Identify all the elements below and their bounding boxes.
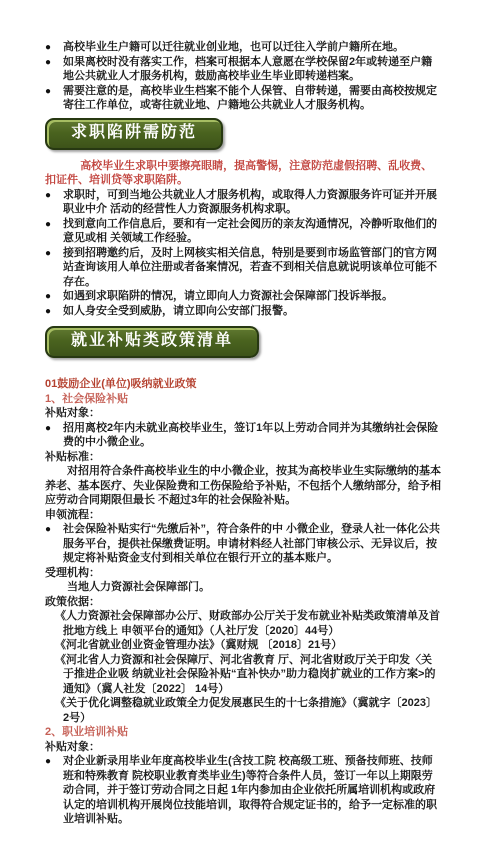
intro-bullet-list: 高校毕业生户籍可以迁往就业创业地，也可以迁往入学前户籍所在地。 如果离校时没有落… bbox=[45, 40, 441, 113]
bullet-icon bbox=[45, 421, 57, 437]
policy1-agency-text: 当地人力资源社会保障部门。 bbox=[45, 580, 441, 595]
policy1-target-list: 招用离校2年内未就业高校毕业生，签订1年以上劳动合同并为其缴纳社会保险费的中小微… bbox=[45, 421, 441, 450]
bullet-text: 招用离校2年内未就业高校毕业生，签订1年以上劳动合同并为其缴纳社会保险费的中小微… bbox=[63, 422, 438, 449]
list-item: 接到招聘邀约后，及时上网核实相关信息，特别是要到市场监管部门的官方网站查询该用人… bbox=[45, 246, 441, 290]
bullet-icon bbox=[45, 55, 57, 71]
policy1-agency-label: 受理机构： bbox=[45, 566, 441, 581]
basis-item: 《河北省人力资源和社会保障厅、河北省教育 厅、河北省财政厅关于印发〈关于推进企业… bbox=[45, 653, 441, 697]
basis-item: 《关于优化调整稳就业政策全力促发展惠民生的十七条措施》（冀就字〔2023〕2号） bbox=[45, 696, 441, 725]
bullet-text: 如遇到求职陷阱的情况，请立即向人力资源社会保障部门投诉举报。 bbox=[63, 290, 393, 302]
list-item: 需要注意的是，高校毕业生档案不能个人保管、自带转递，需要由高校按规定寄往工作单位… bbox=[45, 84, 441, 113]
section-header-job-traps: 求职陷阱需防范 bbox=[45, 118, 223, 150]
basis-item: 《人力资源社会保障部办公厅、财政部办公厅关于发布就业补贴类政策清单及首批地方线上… bbox=[45, 609, 441, 638]
list-item: 求职时，可到当地公共就业人才服务机构，或取得人力资源服务许可证并开展职业中介 活… bbox=[45, 188, 441, 217]
section-header-subsidy-list: 就业补贴类政策清单 bbox=[45, 326, 259, 358]
policy2-target-label: 补贴对象： bbox=[45, 740, 441, 755]
policy2-title: 2、职业培训补贴 bbox=[45, 725, 441, 740]
bullet-text: 接到招聘邀约后，及时上网核实相关信息，特别是要到市场监管部门的官方网站查询该用人… bbox=[63, 247, 437, 288]
bullet-icon bbox=[45, 40, 57, 56]
bullet-text: 求职时，可到当地公共就业人才服务机构，或取得人力资源服务许可证并开展职业中介 活… bbox=[63, 189, 437, 216]
policy1-standard-text: 对招用符合条件高校毕业生的中小微企业，按其为高校毕业生实际缴纳的基本养老、基本医… bbox=[45, 464, 441, 508]
bullet-text: 如人身安全受到威胁，请立即向公安部门报警。 bbox=[63, 305, 294, 317]
bullet-icon bbox=[45, 84, 57, 100]
list-item: 对企业新录用毕业年度高校毕业生(含技工院 校高级工班、预备技师班、技师班和特殊教… bbox=[45, 754, 441, 827]
bullet-icon bbox=[45, 304, 57, 320]
section-header-label: 求职陷阱需防范 bbox=[71, 124, 197, 141]
document-page: 高校毕业生户籍可以迁往就业创业地，也可以迁往入学前户籍所在地。 如果离校时没有落… bbox=[0, 0, 483, 847]
bullet-icon bbox=[45, 246, 57, 262]
job-trap-bullet-list: 求职时，可到当地公共就业人才服务机构，或取得人力资源服务许可证并开展职业中介 活… bbox=[45, 188, 441, 319]
list-item: 社会保险补贴实行“先缴后补”，符合条件的中 小微企业，登录人社一体化公共服务平台… bbox=[45, 522, 441, 566]
list-item: 如人身安全受到威胁，请立即向公安部门报警。 bbox=[45, 304, 441, 319]
policy1-process-list: 社会保险补贴实行“先缴后补”，符合条件的中 小微企业，登录人社一体化公共服务平台… bbox=[45, 522, 441, 566]
bullet-text: 对企业新录用毕业年度高校毕业生(含技工院 校高级工班、预备技师班、技师班和特殊教… bbox=[63, 755, 437, 825]
policy-group-title: 01鼓励企业(单位)吸纳就业政策 bbox=[45, 377, 441, 392]
policy1-basis-list: 《人力资源社会保障部办公厅、财政部办公厅关于发布就业补贴类政策清单及首批地方线上… bbox=[45, 609, 441, 725]
bullet-text: 需要注意的是，高校毕业生档案不能个人保管、自带转递，需要由高校按规定寄往工作单位… bbox=[63, 85, 437, 112]
policy1-title: 1、社会保险补贴 bbox=[45, 392, 441, 407]
bullet-icon bbox=[45, 188, 57, 204]
policy2-target-list: 对企业新录用毕业年度高校毕业生(含技工院 校高级工班、预备技师班、技师班和特殊教… bbox=[45, 754, 441, 827]
list-item: 如果离校时没有落实工作，档案可根据本人意愿在学校保留2年或转递至户籍地公共就业人… bbox=[45, 55, 441, 84]
list-item: 找到意向工作信息后，要和有一定社会阅历的亲友沟通情况，冷静听取他们的意见或相 关… bbox=[45, 217, 441, 246]
list-item: 如遇到求职陷阱的情况，请立即向人力资源社会保障部门投诉举报。 bbox=[45, 289, 441, 304]
policy1-target-label: 补贴对象： bbox=[45, 406, 441, 421]
bullet-icon bbox=[45, 522, 57, 538]
bullet-icon bbox=[45, 754, 57, 770]
bullet-text: 高校毕业生户籍可以迁往就业创业地，也可以迁往入学前户籍所在地。 bbox=[63, 41, 404, 53]
bullet-text: 如果离校时没有落实工作，档案可根据本人意愿在学校保留2年或转递至户籍地公共就业人… bbox=[63, 56, 432, 83]
list-item: 高校毕业生户籍可以迁往就业创业地，也可以迁往入学前户籍所在地。 bbox=[45, 40, 441, 55]
section-header-label: 就业补贴类政策清单 bbox=[71, 332, 233, 349]
bullet-icon bbox=[45, 289, 57, 305]
policy1-basis-label: 政策依据： bbox=[45, 595, 441, 610]
policy1-standard-label: 补贴标准： bbox=[45, 450, 441, 465]
bullet-icon bbox=[45, 217, 57, 233]
bullet-text: 找到意向工作信息后，要和有一定社会阅历的亲友沟通情况，冷静听取他们的意见或相 关… bbox=[63, 218, 437, 245]
bullet-text: 社会保险补贴实行“先缴后补”，符合条件的中 小微企业，登录人社一体化公共服务平台… bbox=[63, 523, 440, 564]
list-item: 招用离校2年内未就业高校毕业生，签订1年以上劳动合同并为其缴纳社会保险费的中小微… bbox=[45, 421, 441, 450]
basis-item: 《河北省就业创业资金管理办法》（冀财规 〔2018〕21号） bbox=[45, 638, 441, 653]
policy1-process-label: 申领流程： bbox=[45, 508, 441, 523]
job-trap-lead-paragraph: 高校毕业生求职中要擦亮眼睛，提高警惕，注意防范虚假招聘、乱收费、扣证件、培训贷等… bbox=[45, 159, 441, 188]
